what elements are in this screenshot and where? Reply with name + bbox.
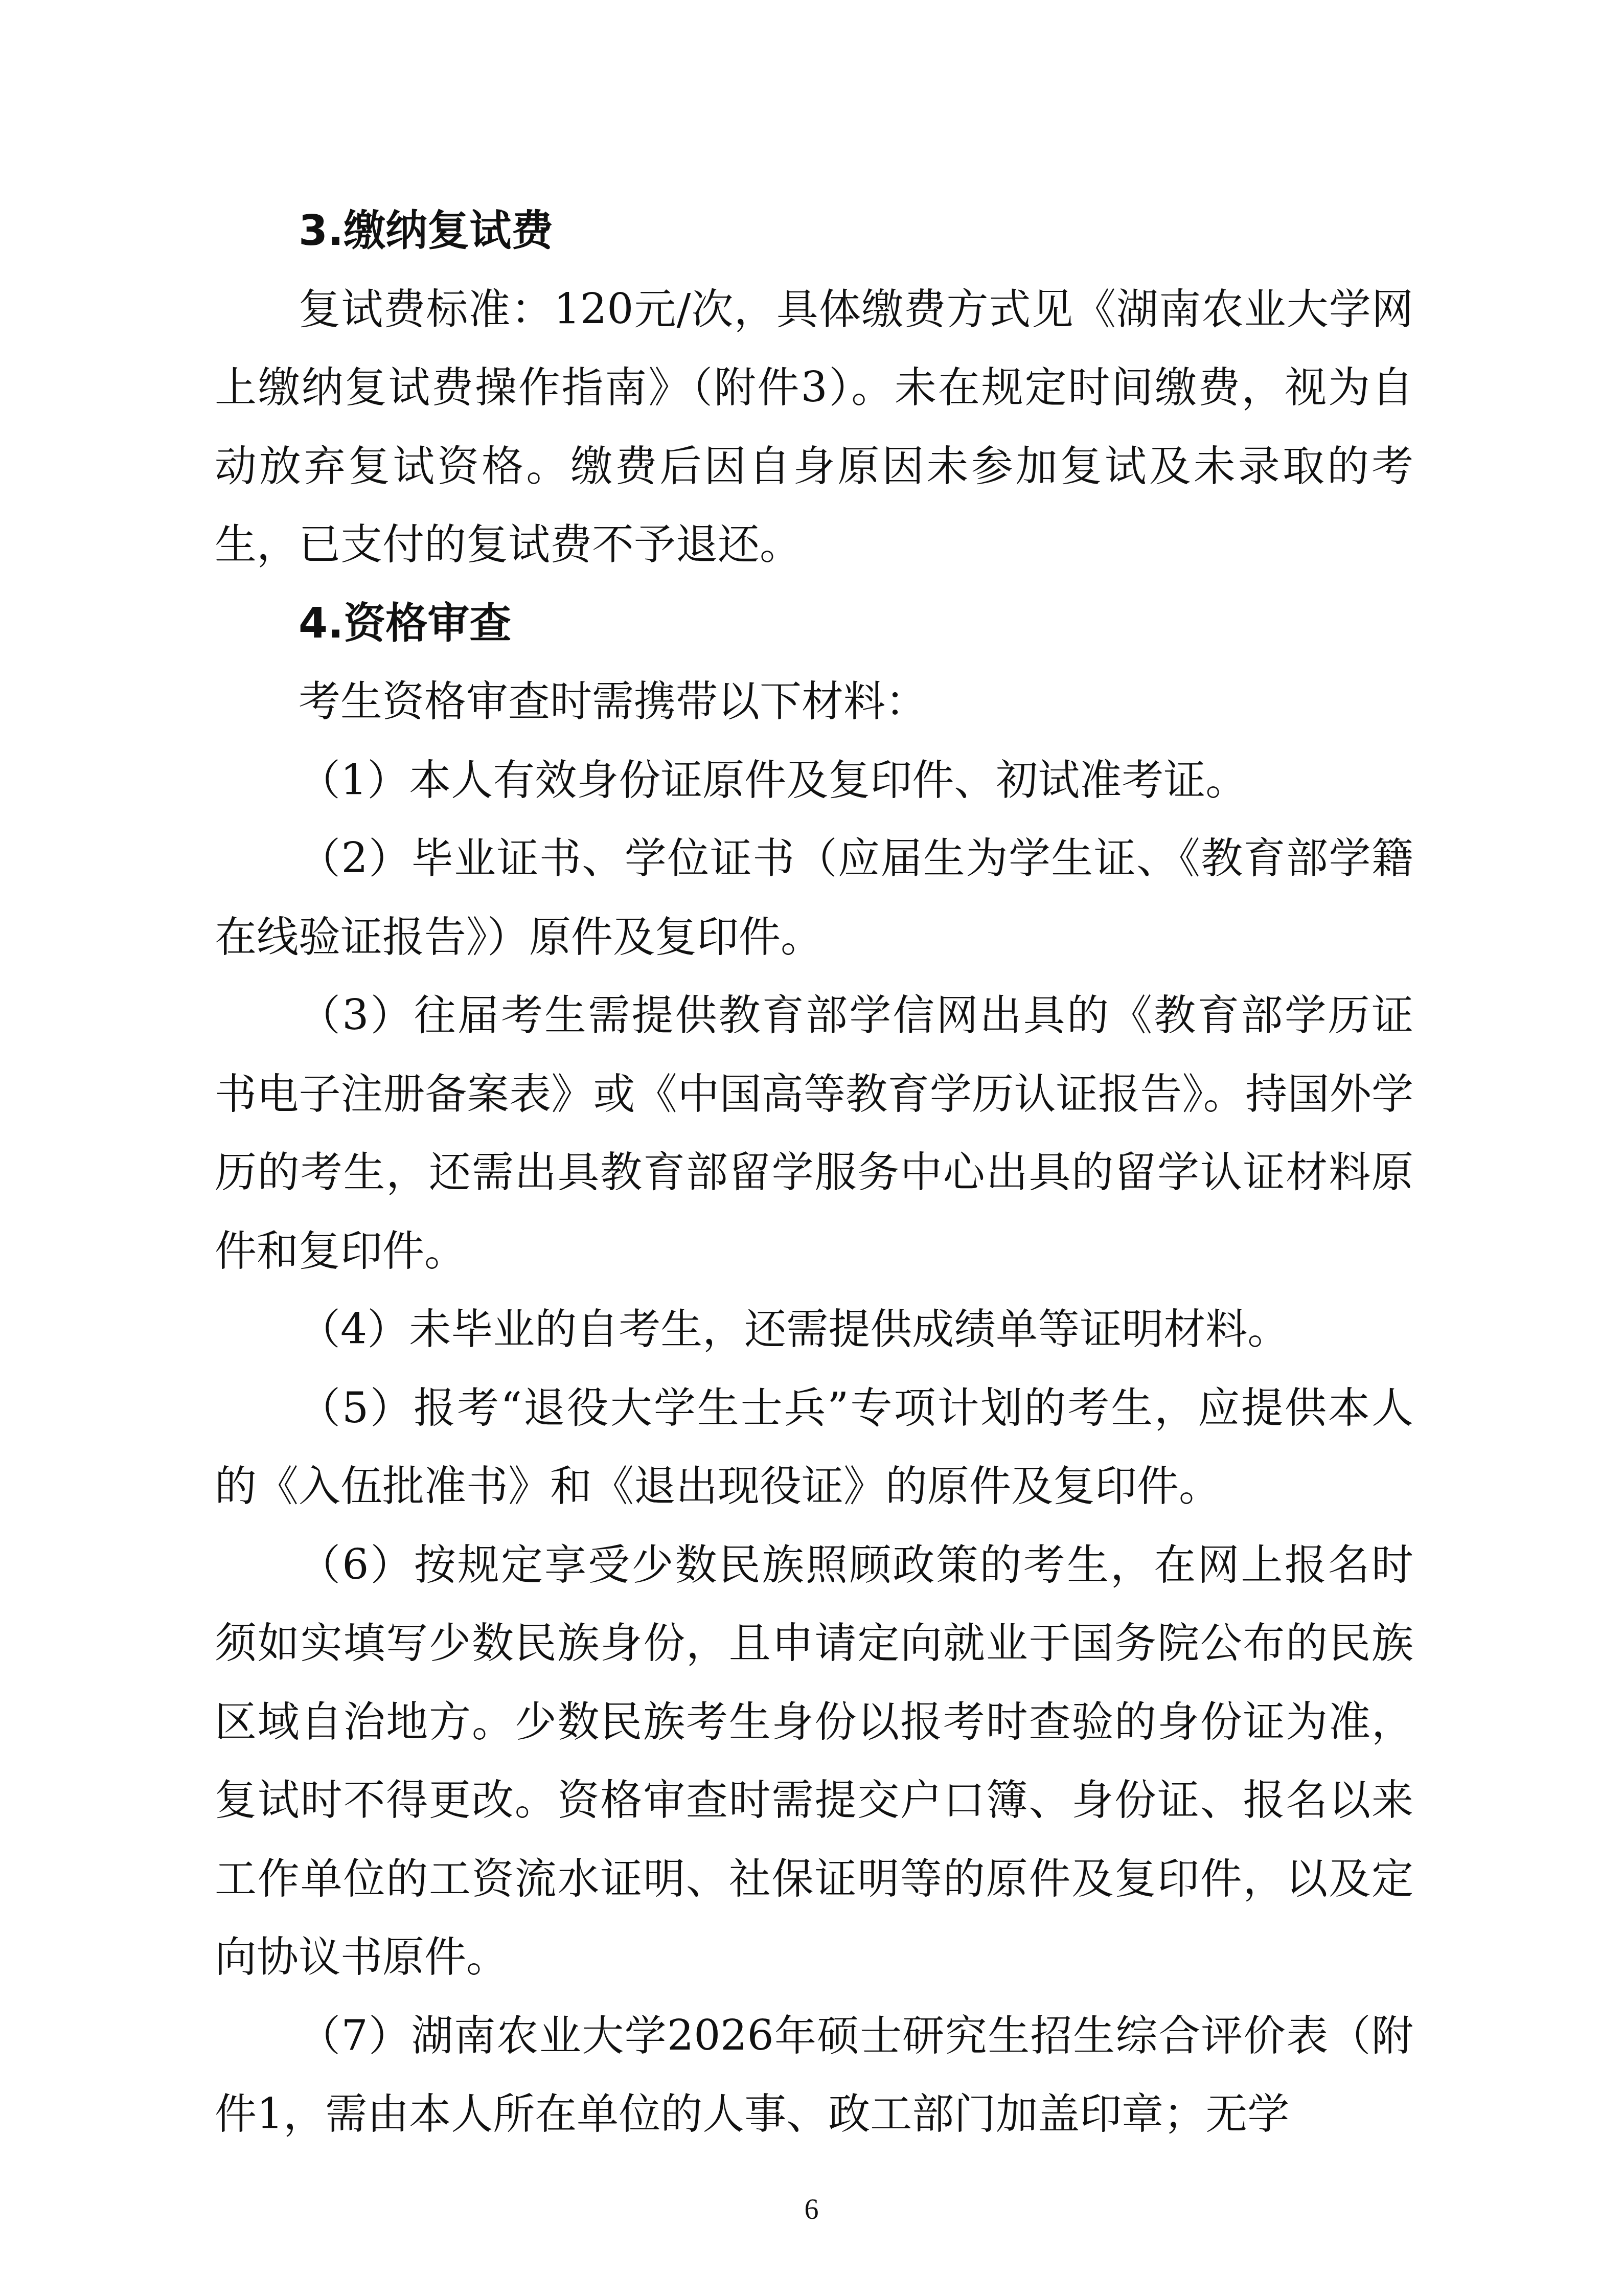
page-number: 6 <box>0 2193 1623 2226</box>
paragraph-fee-standard: 复试费标准：120元/次，具体缴费方式见《湖南农业大学网上缴纳复试费操作指南》（… <box>215 270 1413 584</box>
list-item-diploma: （2）毕业证书、学位证书（应届生为学生证、《教育部学籍在线验证报告》）原件及复印… <box>215 820 1413 976</box>
list-item-ethnic-minority: （6）按规定享受少数民族照顾政策的考生，在网上报名时须如实填写少数民族身份，且申… <box>215 1526 1413 1997</box>
section-heading-fee: 3.缴纳复试费 <box>215 192 1413 270</box>
list-item-veteran: （5）报考“退役大学生士兵”专项计划的考生，应提供本人的《入伍批准书》和《退出现… <box>215 1369 1413 1526</box>
document-body: 3.缴纳复试费 复试费标准：120元/次，具体缴费方式见《湖南农业大学网上缴纳复… <box>215 192 1413 2154</box>
list-item-past-graduates: （3）往届考生需提供教育部学信网出具的《教育部学历证书电子注册备案表》或《中国高… <box>215 976 1413 1290</box>
list-item-id-card: （1）本人有效身份证原件及复印件、初试准考证。 <box>215 741 1413 820</box>
section-heading-qualification-review: 4.资格审查 <box>215 584 1413 663</box>
list-item-self-study: （4）未毕业的自考生，还需提供成绩单等证明材料。 <box>215 1290 1413 1369</box>
list-item-evaluation-form: （7）湖南农业大学2026年硕士研究生招生综合评价表（附件1，需由本人所在单位的… <box>215 1997 1413 2154</box>
document-page: 3.缴纳复试费 复试费标准：120元/次，具体缴费方式见《湖南农业大学网上缴纳复… <box>0 0 1623 2296</box>
paragraph-materials-intro: 考生资格审查时需携带以下材料： <box>215 663 1413 741</box>
